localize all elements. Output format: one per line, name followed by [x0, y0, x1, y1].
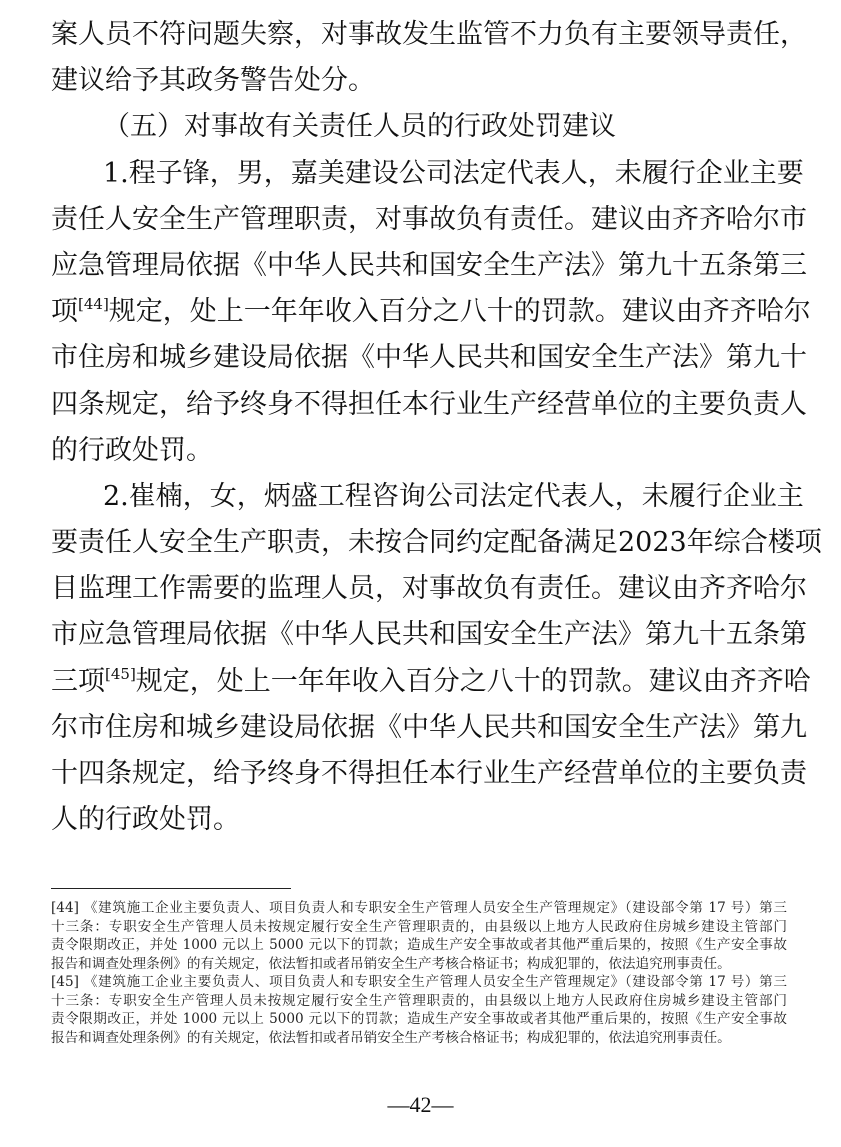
item-2-line: 十四条规定，给予终身不得担任本行业生产经营单位的主要负责: [51, 751, 775, 797]
footnote-44: [44] 《建筑施工企业主要负责人、项目负责人和专职安全生产管理人员安全生产管理…: [51, 899, 791, 973]
paragraph-line: 建议给予其政务警告处分。: [51, 58, 781, 104]
item-1-line: 项[44]规定，处上一年年收入百分之八十的罚款。建议由齐齐哈尔: [51, 289, 775, 335]
item-1-line: 应急管理局依据《中华人民共和国安全生产法》第九十五条第三: [51, 243, 775, 289]
item-1-line: 1.程子锋，男，嘉美建设公司法定代表人，未履行企业主要: [51, 151, 775, 197]
document-page: 案人员不符问题失察，对事故发生监管不力负有主要领导责任， 建议给予其政务警告处分…: [0, 0, 841, 1147]
item-2-text: 三项: [51, 666, 105, 697]
footnote-ref-45[interactable]: [45]: [105, 665, 136, 683]
footnote-line: 报告和调查处理条例》的有关规定，依法暂扣或者吊销安全生产考核合格证书；构成犯罪的…: [51, 955, 791, 974]
footnote-line: 十三条：专职安全生产管理人员未按规定履行安全生产管理职责的，由县级以上地方人民政…: [51, 918, 787, 937]
footnote-line: [44] 《建筑施工企业主要负责人、项目负责人和专职安全生产管理人员安全生产管理…: [51, 899, 787, 918]
footnote-line: 十三条：专职安全生产管理人员未按规定履行安全生产管理职责的，由县级以上地方人民政…: [51, 992, 787, 1011]
footnote-separator: [51, 888, 291, 889]
footnote-line: [45] 《建筑施工企业主要负责人、项目负责人和专职安全生产管理人员安全生产管理…: [51, 973, 787, 992]
item-2-line: 市应急管理局依据《中华人民共和国安全生产法》第九十五条第: [51, 612, 775, 658]
item-2-line: 目监理工作需要的监理人员，对事故负有责任。建议由齐齐哈尔: [51, 566, 775, 612]
item-2-line: 尔市住房和城乡建设局依据《中华人民共和国安全生产法》第九: [51, 705, 775, 751]
item-1-text: 项: [51, 296, 78, 327]
item-2-line: 要责任人安全生产职责，未按合同约定配备满足2023年综合楼项: [51, 520, 775, 566]
item-1-text: 规定，处上一年年收入百分之八十的罚款。建议由齐齐哈尔: [109, 296, 811, 327]
item-1-line: 责任人安全生产管理职责，对事故负有责任。建议由齐齐哈尔市: [51, 197, 775, 243]
item-2-line: 2.崔楠，女，炳盛工程咨询公司法定代表人，未履行企业主: [51, 474, 775, 520]
footnote-line: 报告和调查处理条例》的有关规定，依法暂扣或者吊销安全生产考核合格证书；构成犯罪的…: [51, 1029, 791, 1048]
page-number: —42—: [0, 1092, 841, 1118]
paragraph-line: 案人员不符问题失察，对事故发生监管不力负有主要领导责任，: [51, 12, 775, 58]
item-1-line: 四条规定，给予终身不得担任本行业生产经营单位的主要负责人: [51, 382, 775, 428]
section-heading: （五）对事故有关责任人员的行政处罚建议: [51, 104, 781, 150]
body-text: 案人员不符问题失察，对事故发生监管不力负有主要领导责任， 建议给予其政务警告处分…: [51, 12, 781, 843]
item-1-line: 市住房和城乡建设局依据《中华人民共和国安全生产法》第九十: [51, 335, 775, 381]
footnote-45: [45] 《建筑施工企业主要负责人、项目负责人和专职安全生产管理人员安全生产管理…: [51, 973, 791, 1047]
item-2-line: 三项[45]规定，处上一年年收入百分之八十的罚款。建议由齐齐哈: [51, 659, 775, 705]
footnotes: [44] 《建筑施工企业主要负责人、项目负责人和专职安全生产管理人员安全生产管理…: [51, 899, 791, 1047]
footnote-line: 责令限期改正，并处 1000 元以上 5000 元以下的罚款；造成生产安全事故或…: [51, 1010, 787, 1029]
footnote-line: 责令限期改正，并处 1000 元以上 5000 元以下的罚款；造成生产安全事故或…: [51, 936, 787, 955]
footnote-ref-44[interactable]: [44]: [78, 295, 109, 313]
item-1-line: 的行政处罚。: [51, 428, 781, 474]
item-2-text: 规定，处上一年年收入百分之八十的罚款。建议由齐齐哈: [136, 666, 811, 697]
item-2-line: 人的行政处罚。: [51, 797, 781, 843]
